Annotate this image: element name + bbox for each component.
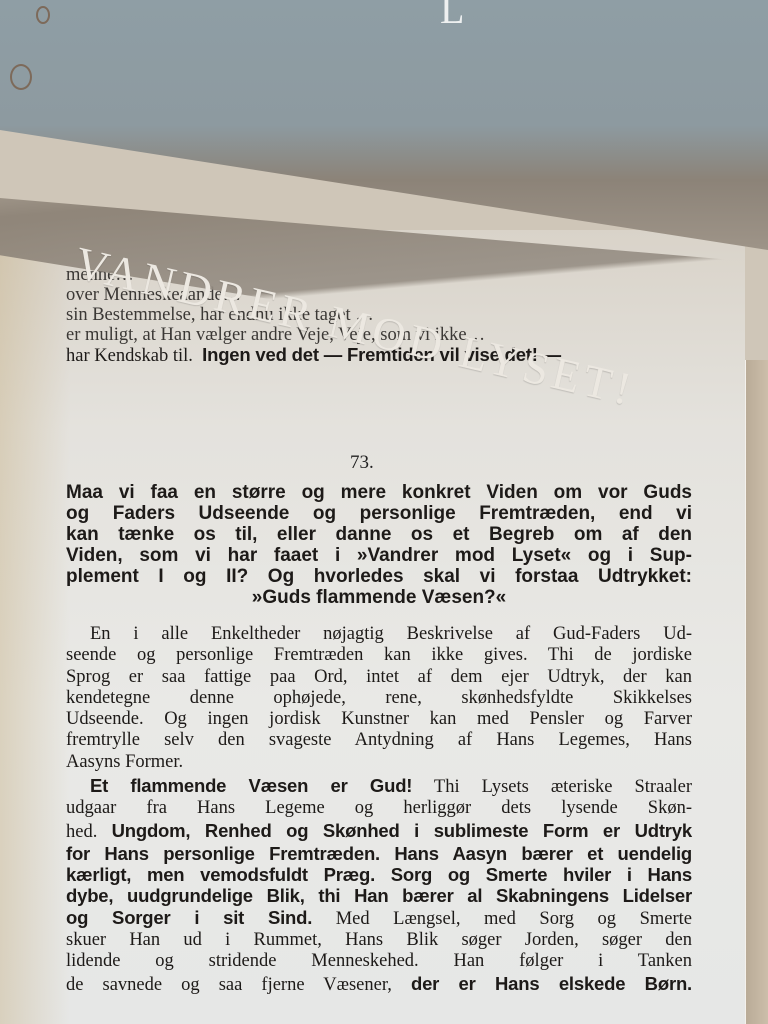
question-line-4: Viden, som vi har faaet i »Vandrer mod L… bbox=[66, 545, 692, 566]
p2-text-1: Thi Lysets æteriske Straaler bbox=[412, 777, 692, 797]
question-line-3: kan tænke os til, eller danne os et Begr… bbox=[66, 524, 692, 545]
page-stack-edge bbox=[745, 360, 768, 1024]
p2-text-3: hed. bbox=[66, 822, 112, 842]
p2-line-3: hed. Ungdom, Renhed og Skønhed i sublime… bbox=[66, 820, 692, 843]
section-number: 73. bbox=[350, 452, 374, 474]
question-line-2: og Faders Udseende og personlige Fremtræ… bbox=[66, 503, 692, 524]
p2-text-7: Med Længsel, med Sorg og Smerte bbox=[312, 909, 692, 929]
p1-line-6: fremtrylle selv den svageste Antydning a… bbox=[66, 730, 692, 751]
paragraph-2: Et flammende Væsen er Gud! Thi Lysets æt… bbox=[66, 775, 692, 996]
p2-line-7: og Sorger i sit Sind. Med Længsel, med S… bbox=[66, 907, 692, 930]
p2-line-1: Et flammende Væsen er Gud! Thi Lysets æt… bbox=[66, 775, 692, 798]
cover-title-letter: L bbox=[440, 0, 464, 33]
page-shadow bbox=[0, 230, 70, 1024]
p2-line-4: for Hans personlige Fremtræden. Hans Aas… bbox=[66, 843, 692, 864]
cover-stain-ring bbox=[10, 64, 32, 90]
p1-line-3: Sprog er saa fattige paa Ord, intet af d… bbox=[66, 667, 692, 688]
paragraph-1: En i alle Enkeltheder nøjagtig Beskrivel… bbox=[66, 624, 692, 773]
cover-stain-ring-small bbox=[36, 6, 50, 24]
p2-line-5: kærligt, men vemodsfuldt Præg. Sorg og S… bbox=[66, 864, 692, 885]
p1-line-4: kendetegne denne ophøjede, rene, skønhed… bbox=[66, 688, 692, 709]
p1-line-5: Udseende. Og ingen jordisk Kunstner kan … bbox=[66, 709, 692, 730]
p1-line-1: En i alle Enkeltheder nøjagtig Beskrivel… bbox=[66, 624, 692, 645]
p2-line-6: dybe, uudgrundelige Blik, thi Han bærer … bbox=[66, 885, 692, 906]
p1-line-7: Aasyns Former. bbox=[66, 752, 692, 773]
p2-bold-3: Ungdom, Renhed og Skønhed i sublimeste F… bbox=[112, 820, 692, 841]
p2-bold-7: og Sorger i sit Sind. bbox=[66, 907, 312, 928]
p2-line-8: skuer Han ud i Rummet, Hans Blik søger J… bbox=[66, 930, 692, 951]
p2-line-2: udgaar fra Hans Legeme og herliggør dets… bbox=[66, 798, 692, 819]
question-heading: Maa vi faa en større og mere konkret Vid… bbox=[66, 482, 692, 608]
question-line-5: plement I og II? Og hvorledes skal vi fo… bbox=[66, 566, 692, 587]
p2-bold-1: Et flammende Væsen er Gud! bbox=[90, 775, 412, 796]
p2-line-10: de savnede og saa fjerne Væsener, der er… bbox=[66, 973, 692, 996]
p2-line-9: lidende og stridende Menneskehed. Han fø… bbox=[66, 951, 692, 972]
p2-text-10: de savnede og saa fjerne Væsener, bbox=[66, 975, 411, 995]
question-line-1: Maa vi faa en større og mere konkret Vid… bbox=[66, 482, 692, 503]
p2-bold-10: der er Hans elskede Børn. bbox=[411, 973, 692, 994]
previous-line-5-text: har Kendskab til. bbox=[66, 346, 193, 366]
p1-line-2: seende og personlige Fremtræden kan ikke… bbox=[66, 645, 692, 666]
question-line-6: »Guds flammende Væsen?« bbox=[66, 587, 692, 608]
